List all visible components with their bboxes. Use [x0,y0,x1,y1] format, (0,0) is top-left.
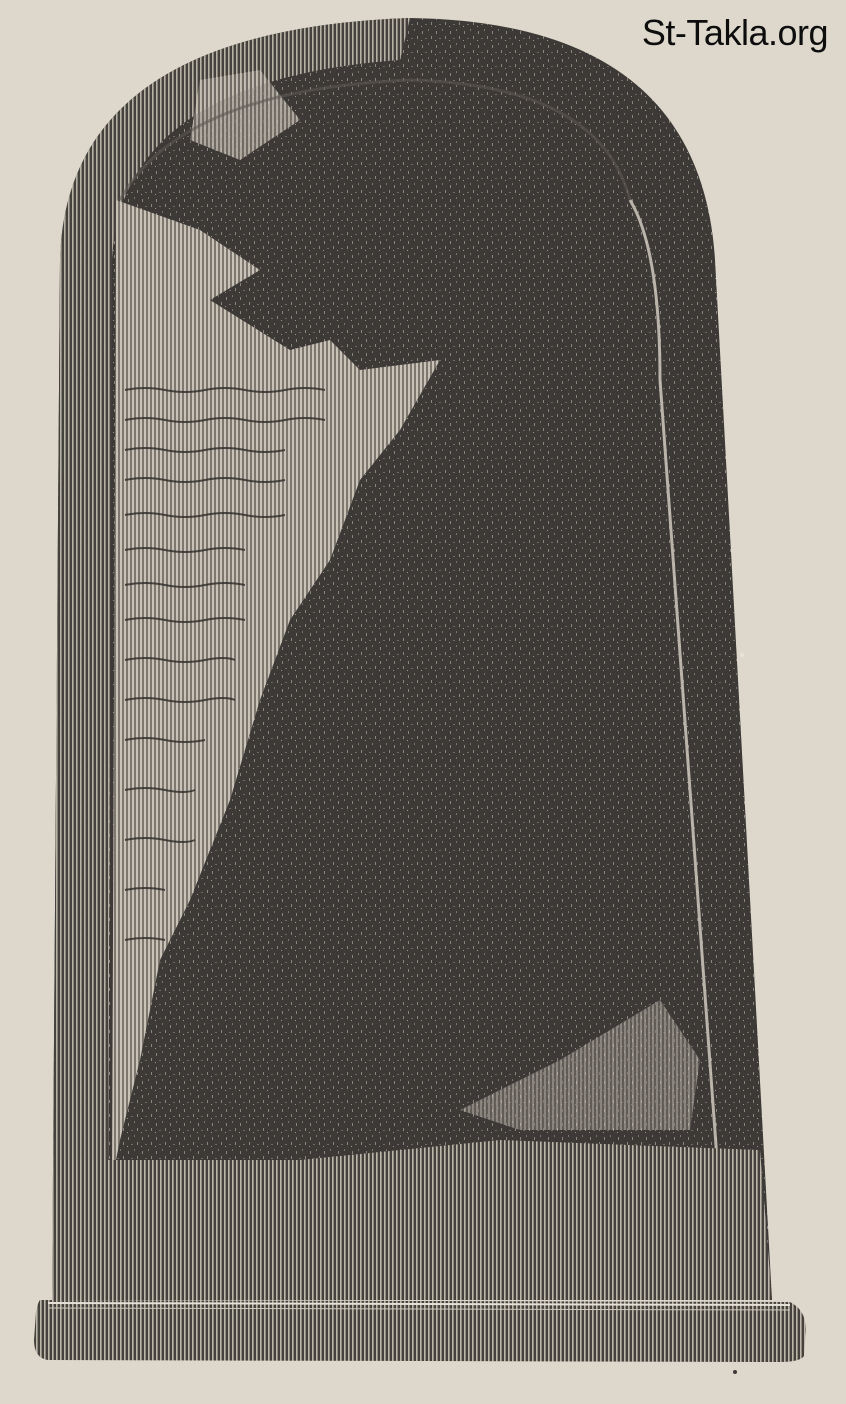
watermark-text: St-Takla.org [642,12,828,54]
stele-body [52,18,772,1300]
stele-lower-band [52,1140,772,1300]
stele-base [34,1300,806,1362]
stele-illustration [0,0,846,1404]
stele-engraving [0,0,846,1404]
